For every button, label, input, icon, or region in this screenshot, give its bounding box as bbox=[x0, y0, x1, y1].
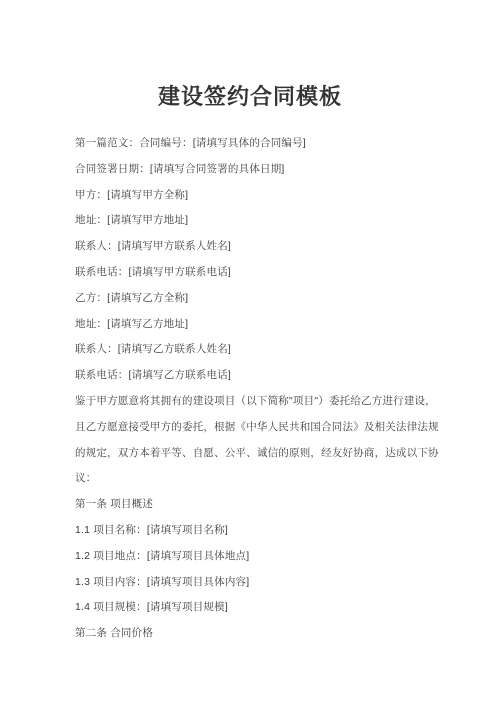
paragraph-item-1-1: 1.1 项目名称：[请填写项目名称] bbox=[75, 518, 445, 544]
document-body: 第一篇范文：合同编号：[请填写具体的合同编号] 合同签署日期：[请填写合同签署的… bbox=[75, 131, 445, 647]
paragraph-party-a-contact: 联系人：[请填写甲方联系人姓名] bbox=[75, 234, 445, 260]
paragraph-item-1-3: 1.3 项目内容：[请填写项目具体内容] bbox=[75, 570, 445, 596]
paragraph-party-b-phone: 联系电话：[请填写乙方联系电话] bbox=[75, 363, 445, 389]
paragraph-party-b-name: 乙方：[请填写乙方全称] bbox=[75, 286, 445, 312]
paragraph-item-1-2: 1.2 项目地点：[请填写项目具体地点] bbox=[75, 544, 445, 570]
paragraph-party-a-address: 地址：[请填写甲方地址] bbox=[75, 208, 445, 234]
section-heading-article-2: 第二条 合同价格 bbox=[75, 621, 445, 647]
paragraph-party-b-contact: 联系人：[请填写乙方联系人姓名] bbox=[75, 337, 445, 363]
paragraph-party-a-phone: 联系电话：[请填写甲方联系电话] bbox=[75, 260, 445, 286]
paragraph-preamble-line-3: 的规定，双方本着平等、自愿、公平、诚信的原则，经友好协商，达成以下协 bbox=[75, 441, 445, 467]
paragraph-sign-date: 合同签署日期：[请填写合同签署的具体日期] bbox=[75, 157, 445, 183]
paragraph-contract-number: 第一篇范文：合同编号：[请填写具体的合同编号] bbox=[75, 131, 445, 157]
paragraph-preamble-line-4: 议： bbox=[75, 466, 445, 492]
paragraph-preamble-line-2: 且乙方愿意接受甲方的委托，根据《中华人民共和国合同法》及相关法律法规 bbox=[75, 415, 445, 441]
section-heading-article-1: 第一条 项目概述 bbox=[75, 492, 445, 518]
paragraph-party-a-name: 甲方：[请填写甲方全称] bbox=[75, 183, 445, 209]
paragraph-preamble-line-1: 鉴于甲方愿意将其拥有的建设项目（以下简称"项目"）委托给乙方进行建设， bbox=[75, 389, 445, 415]
document-title: 建设签约合同模板 bbox=[0, 0, 500, 110]
paragraph-item-1-4: 1.4 项目规模：[请填写项目规模] bbox=[75, 595, 445, 621]
paragraph-party-b-address: 地址：[请填写乙方地址] bbox=[75, 312, 445, 338]
document-page: 建设签约合同模板 第一篇范文：合同编号：[请填写具体的合同编号] 合同签署日期：… bbox=[0, 0, 500, 707]
